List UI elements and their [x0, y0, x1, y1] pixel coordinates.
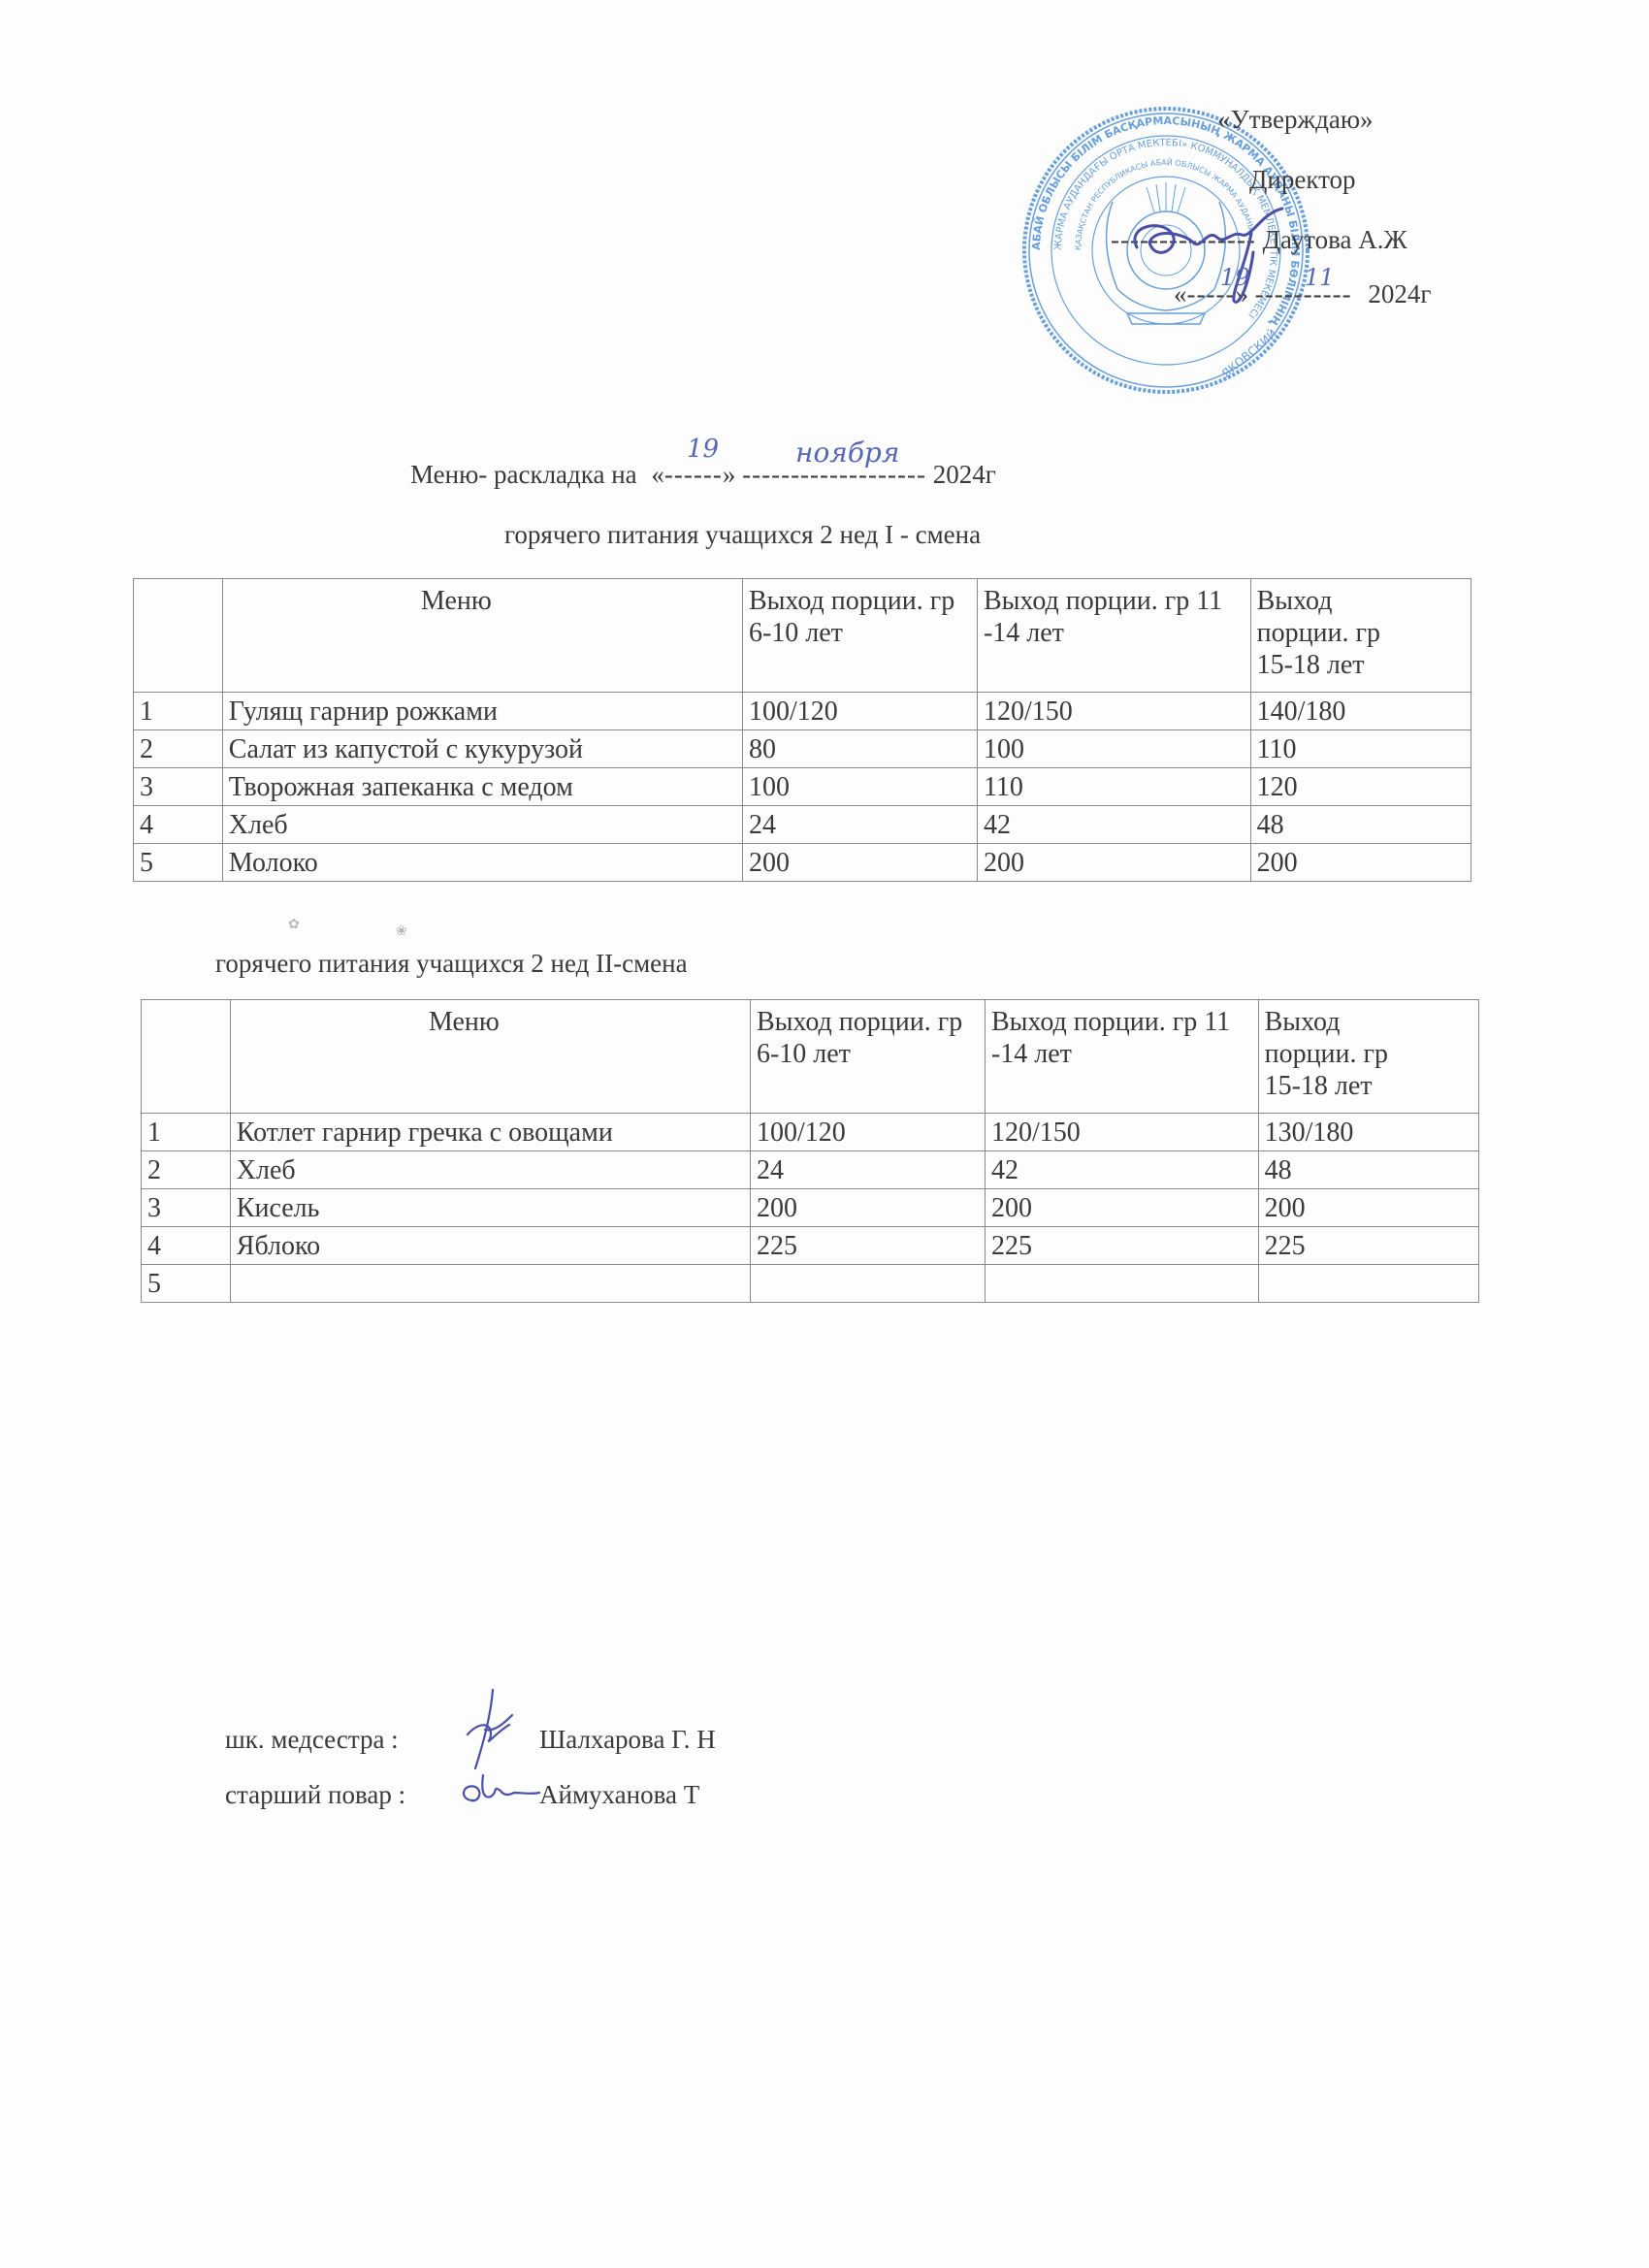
table-row: 5 [142, 1265, 1479, 1303]
nurse-role: шк. медсестра : [225, 1725, 399, 1755]
table-header-row: Меню Выход порции. гр 6-10 лет Выход пор… [134, 579, 1471, 693]
portion-6-10: 80 [742, 730, 977, 768]
table-row: 4Яблоко225225225 [142, 1227, 1479, 1265]
portion-6-10: 24 [750, 1151, 985, 1189]
dish-name: Яблоко [230, 1227, 750, 1265]
portion-11-14 [985, 1265, 1258, 1303]
page-title: Меню- раскладка на «------» ------------… [410, 460, 996, 490]
portion-6-10: 24 [742, 806, 977, 844]
portion-15-18: 130/180 [1258, 1114, 1478, 1151]
header-age-6-10: Выход порции. гр 6-10 лет [750, 1000, 985, 1114]
portion-15-18: 48 [1258, 1151, 1478, 1189]
scan-artifact: ❀ [396, 923, 407, 940]
table-row: 2Хлеб244248 [142, 1151, 1479, 1189]
scan-artifact: ✿ [288, 917, 300, 933]
header-age-6-10: Выход порции. гр 6-10 лет [742, 579, 977, 693]
row-number: 4 [134, 806, 223, 844]
cook-signature [454, 1766, 541, 1814]
shift1-menu-table: Меню Выход порции. гр 6-10 лет Выход пор… [133, 578, 1471, 882]
handwritten-month: ноября [795, 437, 899, 469]
header-number [134, 579, 223, 693]
table-row: 1Котлет гарнир гречка с овощами100/12012… [142, 1114, 1479, 1151]
title-year: 2024г [933, 460, 996, 489]
dish-name: Салат из капустой с кукурузой [222, 730, 742, 768]
portion-15-18: 140/180 [1250, 693, 1471, 730]
portion-15-18: 200 [1250, 844, 1471, 882]
cook-name: Аймуханова Т [539, 1780, 699, 1810]
approval-year: 2024г [1368, 279, 1431, 308]
portion-15-18: 110 [1250, 730, 1471, 768]
cook-role: старший повар : [225, 1780, 405, 1810]
svg-text:ЯКОВСКИЙ: ЯКОВСКИЙ [1218, 326, 1279, 380]
table-row: 4Хлеб244248 [134, 806, 1471, 844]
shift2-menu-table: Меню Выход порции. гр 6-10 лет Выход пор… [141, 999, 1479, 1303]
row-number: 2 [142, 1151, 231, 1189]
dish-name: Молоко [222, 844, 742, 882]
row-number: 5 [134, 844, 223, 882]
portion-6-10: 200 [750, 1189, 985, 1227]
portion-6-10: 225 [750, 1227, 985, 1265]
table-row: 3Творожная запеканка с медом100110120 [134, 768, 1471, 806]
dish-name: Хлеб [230, 1151, 750, 1189]
header-menu: Меню [230, 1000, 750, 1114]
dish-name: Кисель [230, 1189, 750, 1227]
portion-15-18 [1258, 1265, 1478, 1303]
row-number: 3 [142, 1189, 231, 1227]
handwritten-day: 19 [687, 435, 719, 464]
nurse-name: Шалхарова Г. Н [539, 1725, 716, 1755]
header-age-15-18: Выход порции. гр 15-18 лет [1258, 1000, 1478, 1114]
header-menu: Меню [222, 579, 742, 693]
row-number: 4 [142, 1227, 231, 1265]
header-age-15-18: Выход порции. гр 15-18 лет [1250, 579, 1471, 693]
dish-name: Творожная запеканка с медом [222, 768, 742, 806]
portion-11-14: 120/150 [985, 1114, 1258, 1151]
approval-handwritten-day: 19 [1220, 264, 1250, 291]
dish-name: Котлет гарнир гречка с овощами [230, 1114, 750, 1151]
table-row: 1Гулящ гарнир рожками100/120120/150140/1… [134, 693, 1471, 730]
dish-name: Гулящ гарнир рожками [222, 693, 742, 730]
header-age-11-14: Выход порции. гр 11 -14 лет [985, 1000, 1258, 1114]
portion-6-10: 100 [742, 768, 977, 806]
row-number: 1 [142, 1114, 231, 1151]
portion-6-10 [750, 1265, 985, 1303]
portion-11-14: 120/150 [977, 693, 1250, 730]
table-row: 2Салат из капустой с кукурузой80100110 [134, 730, 1471, 768]
document-page: АБАЙ ОБЛЫСЫ БІЛІМ БАСҚАРМАСЫНЫҢ ЖАРМА АУ… [0, 0, 1649, 2268]
portion-15-18: 120 [1250, 768, 1471, 806]
approval-handwritten-month: 11 [1305, 264, 1335, 291]
portion-11-14: 42 [985, 1151, 1258, 1189]
dish-name: Хлеб [222, 806, 742, 844]
portion-6-10: 100/120 [742, 693, 977, 730]
approval-position: Директор [1249, 165, 1356, 195]
approval-heading: «Утверждаю» [1217, 105, 1374, 135]
portion-15-18: 225 [1258, 1227, 1478, 1265]
header-number [142, 1000, 231, 1114]
row-number: 3 [134, 768, 223, 806]
portion-11-14: 225 [985, 1227, 1258, 1265]
portion-11-14: 200 [977, 844, 1250, 882]
row-number: 1 [134, 693, 223, 730]
portion-11-14: 100 [977, 730, 1250, 768]
portion-11-14: 42 [977, 806, 1250, 844]
table-header-row: Меню Выход порции. гр 6-10 лет Выход пор… [142, 1000, 1479, 1114]
shift1-subtitle: горячего питания учащихся 2 нед I - смен… [504, 520, 981, 550]
portion-6-10: 100/120 [750, 1114, 985, 1151]
portion-11-14: 110 [977, 768, 1250, 806]
portion-15-18: 48 [1250, 806, 1471, 844]
portion-15-18: 200 [1258, 1189, 1478, 1227]
director-signature [1115, 194, 1309, 310]
table-row: 5Молоко200200200 [134, 844, 1471, 882]
portion-6-10: 200 [742, 844, 977, 882]
nurse-signature [456, 1686, 524, 1778]
table-row: 3Кисель200200200 [142, 1189, 1479, 1227]
header-age-11-14: Выход порции. гр 11 -14 лет [977, 579, 1250, 693]
row-number: 2 [134, 730, 223, 768]
dish-name [230, 1265, 750, 1303]
shift2-subtitle: горячего питания учащихся 2 нед II-смена [215, 949, 688, 979]
row-number: 5 [142, 1265, 231, 1303]
portion-11-14: 200 [985, 1189, 1258, 1227]
